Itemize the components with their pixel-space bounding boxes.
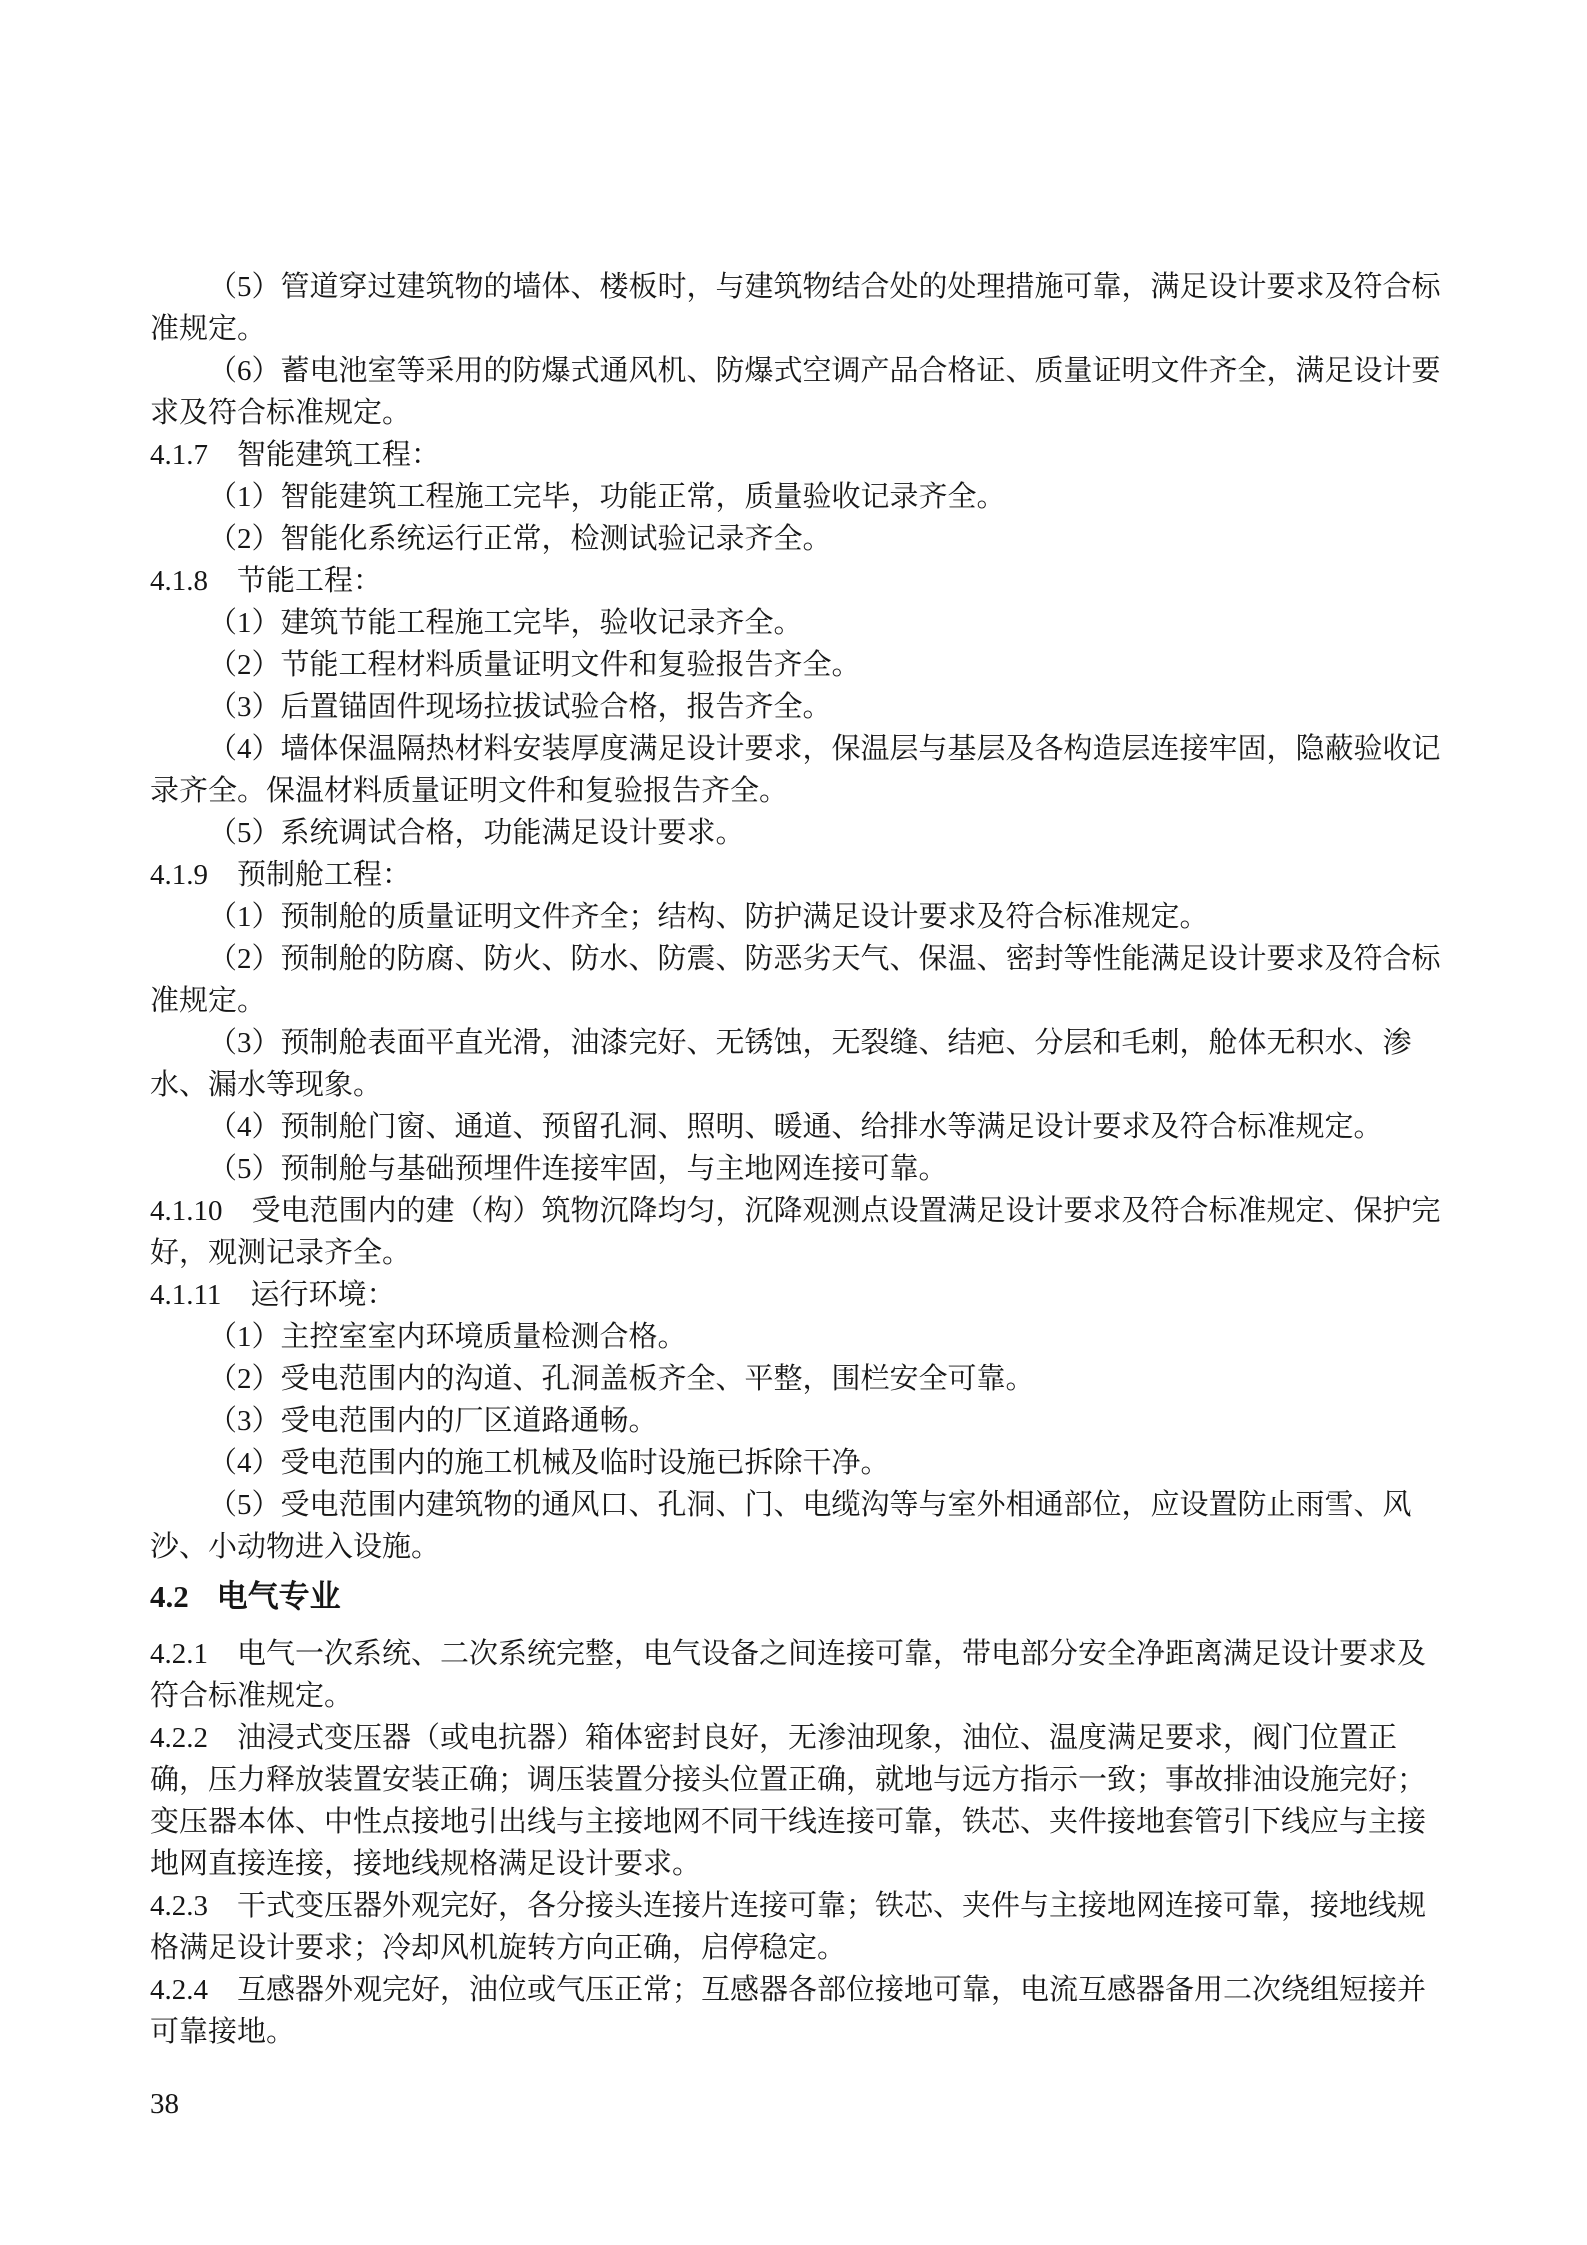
section-title: 电气专业	[217, 1579, 341, 1614]
clause-number: 4.1.11	[150, 1279, 221, 1311]
clause-text: 油浸式变压器（或电抗器）箱体密封良好，无渗油现象，油位、温度满足要求，阀门位置正…	[150, 1722, 1426, 1880]
clause-text: 互感器外观完好，油位或气压正常；互感器各部位接地可靠，电流互感器备用二次绕组短接…	[150, 1974, 1426, 2048]
clause-text: 电气一次系统、二次系统完整，电气设备之间连接可靠，带电部分安全净距离满足设计要求…	[150, 1638, 1426, 1712]
list-item: （6）蓄电池室等采用的防爆式通风机、防爆式空调产品合格证、质量证明文件齐全，满足…	[150, 350, 1445, 434]
section-number: 4.2	[150, 1579, 189, 1614]
clause-paragraph: 4.2.1电气一次系统、二次系统完整，电气设备之间连接可靠，带电部分安全净距离满…	[150, 1633, 1445, 1717]
list-item: （1）主控室室内环境质量检测合格。	[150, 1316, 1445, 1358]
section-heading: 4.2电气专业	[150, 1576, 1445, 1618]
clause-text: 节能工程：	[237, 565, 382, 597]
list-item: （5）预制舱与基础预埋件连接牢固，与主地网连接可靠。	[150, 1148, 1445, 1190]
clause-paragraph: 4.1.7智能建筑工程：	[150, 434, 1445, 476]
clause-number: 4.1.10	[150, 1195, 223, 1227]
list-item: （4）受电范围内的施工机械及临时设施已拆除干净。	[150, 1442, 1445, 1484]
clause-number: 4.1.8	[150, 565, 208, 597]
clause-paragraph: 4.1.11运行环境：	[150, 1274, 1445, 1316]
clause-number: 4.2.4	[150, 1974, 208, 2006]
list-item: （5）系统调试合格，功能满足设计要求。	[150, 812, 1445, 854]
list-item: （3）受电范围内的厂区道路通畅。	[150, 1400, 1445, 1442]
clause-number: 4.1.7	[150, 439, 208, 471]
clause-paragraph: 4.1.8节能工程：	[150, 560, 1445, 602]
list-item: （1）建筑节能工程施工完毕，验收记录齐全。	[150, 602, 1445, 644]
clause-text: 预制舱工程：	[237, 859, 411, 891]
clause-paragraph: 4.2.3干式变压器外观完好，各分接头连接片连接可靠；铁芯、夹件与主接地网连接可…	[150, 1885, 1445, 1969]
clause-paragraph: 4.1.10受电范围内的建（构）筑物沉降均匀，沉降观测点设置满足设计要求及符合标…	[150, 1190, 1445, 1274]
list-item: （1）预制舱的质量证明文件齐全；结构、防护满足设计要求及符合标准规定。	[150, 896, 1445, 938]
clause-number: 4.2.1	[150, 1638, 208, 1670]
document-body: （5）管道穿过建筑物的墙体、楼板时，与建筑物结合处的处理措施可靠，满足设计要求及…	[150, 266, 1445, 2053]
list-item: （2）智能化系统运行正常，检测试验记录齐全。	[150, 518, 1445, 560]
clause-number: 4.2.3	[150, 1890, 208, 1922]
clause-number: 4.1.9	[150, 859, 208, 891]
clause-text: 智能建筑工程：	[237, 439, 440, 471]
list-item: （5）管道穿过建筑物的墙体、楼板时，与建筑物结合处的处理措施可靠，满足设计要求及…	[150, 266, 1445, 350]
list-item: （4）墙体保温隔热材料安装厚度满足设计要求，保温层与基层及各构造层连接牢固，隐蔽…	[150, 728, 1445, 812]
clause-paragraph: 4.2.4互感器外观完好，油位或气压正常；互感器各部位接地可靠，电流互感器备用二…	[150, 1969, 1445, 2053]
list-item: （2）预制舱的防腐、防火、防水、防震、防恶劣天气、保温、密封等性能满足设计要求及…	[150, 938, 1445, 1022]
clause-text: 受电范围内的建（构）筑物沉降均匀，沉降观测点设置满足设计要求及符合标准规定、保护…	[150, 1195, 1441, 1269]
clause-text: 运行环境：	[250, 1279, 395, 1311]
clause-paragraph: 4.2.2油浸式变压器（或电抗器）箱体密封良好，无渗油现象，油位、温度满足要求，…	[150, 1717, 1445, 1885]
page-number: 38	[150, 2088, 179, 2120]
list-item: （3）后置锚固件现场拉拔试验合格，报告齐全。	[150, 686, 1445, 728]
list-item: （5）受电范围内建筑物的通风口、孔洞、门、电缆沟等与室外相通部位，应设置防止雨雪…	[150, 1484, 1445, 1568]
clause-text: 干式变压器外观完好，各分接头连接片连接可靠；铁芯、夹件与主接地网连接可靠，接地线…	[150, 1890, 1426, 1964]
clause-paragraph: 4.1.9预制舱工程：	[150, 854, 1445, 896]
clause-number: 4.2.2	[150, 1722, 208, 1754]
list-item: （2）受电范围内的沟道、孔洞盖板齐全、平整，围栏安全可靠。	[150, 1358, 1445, 1400]
list-item: （2）节能工程材料质量证明文件和复验报告齐全。	[150, 644, 1445, 686]
document-page: （5）管道穿过建筑物的墙体、楼板时，与建筑物结合处的处理措施可靠，满足设计要求及…	[0, 0, 1587, 2245]
page-footer: 38	[150, 2086, 179, 2122]
list-item: （1）智能建筑工程施工完毕，功能正常，质量验收记录齐全。	[150, 476, 1445, 518]
list-item: （3）预制舱表面平直光滑，油漆完好、无锈蚀，无裂缝、结疤、分层和毛刺，舱体无积水…	[150, 1022, 1445, 1106]
list-item: （4）预制舱门窗、通道、预留孔洞、照明、暖通、给排水等满足设计要求及符合标准规定…	[150, 1106, 1445, 1148]
